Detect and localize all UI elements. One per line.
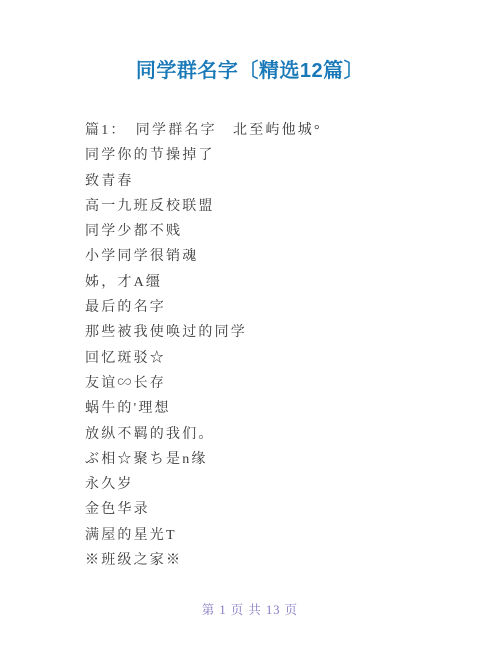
group-name-line: 金色华录 (85, 497, 450, 522)
document-body: 篇1： 同学群名字 北至屿他城° 同学你的节操掉了致青春高一九班反校联盟同学少都… (0, 118, 500, 573)
group-name-line: 友谊∽长存 (85, 371, 450, 396)
group-name-line: 最后的名字 (85, 295, 450, 320)
group-name-line: 回忆斑驳☆ (85, 346, 450, 371)
section-heading: 篇1： 同学群名字 北至屿他城° (85, 118, 450, 143)
group-name-line: 高一九班反校联盟 (85, 194, 450, 219)
group-name-line: ぶ相☆聚ち是n缘 (85, 447, 450, 472)
group-name-line: 同学少都不贱 (85, 219, 450, 244)
page-title: 同学群名字〔精选12篇〕 (0, 0, 500, 85)
group-name-line: 放纵不羁的我们。 (85, 422, 450, 447)
group-name-line: 那些被我使唤过的同学 (85, 320, 450, 345)
group-name-line: 小学同学很销魂 (85, 244, 450, 269)
group-name-line: 姊，才A缰 (85, 270, 450, 295)
document-page: 同学群名字〔精选12篇〕 篇1： 同学群名字 北至屿他城° 同学你的节操掉了致青… (0, 0, 500, 647)
page-footer: 第 1 页 共 13 页 (0, 600, 500, 618)
group-name-line: 满屋的星光T (85, 523, 450, 548)
group-name-line: ※班级之家※ (85, 548, 450, 573)
group-name-line: 同学你的节操掉了 (85, 143, 450, 168)
group-name-line: 永久岁 (85, 472, 450, 497)
group-name-line: 致青春 (85, 169, 450, 194)
group-name-line: 蜗牛的'理想 (85, 396, 450, 421)
